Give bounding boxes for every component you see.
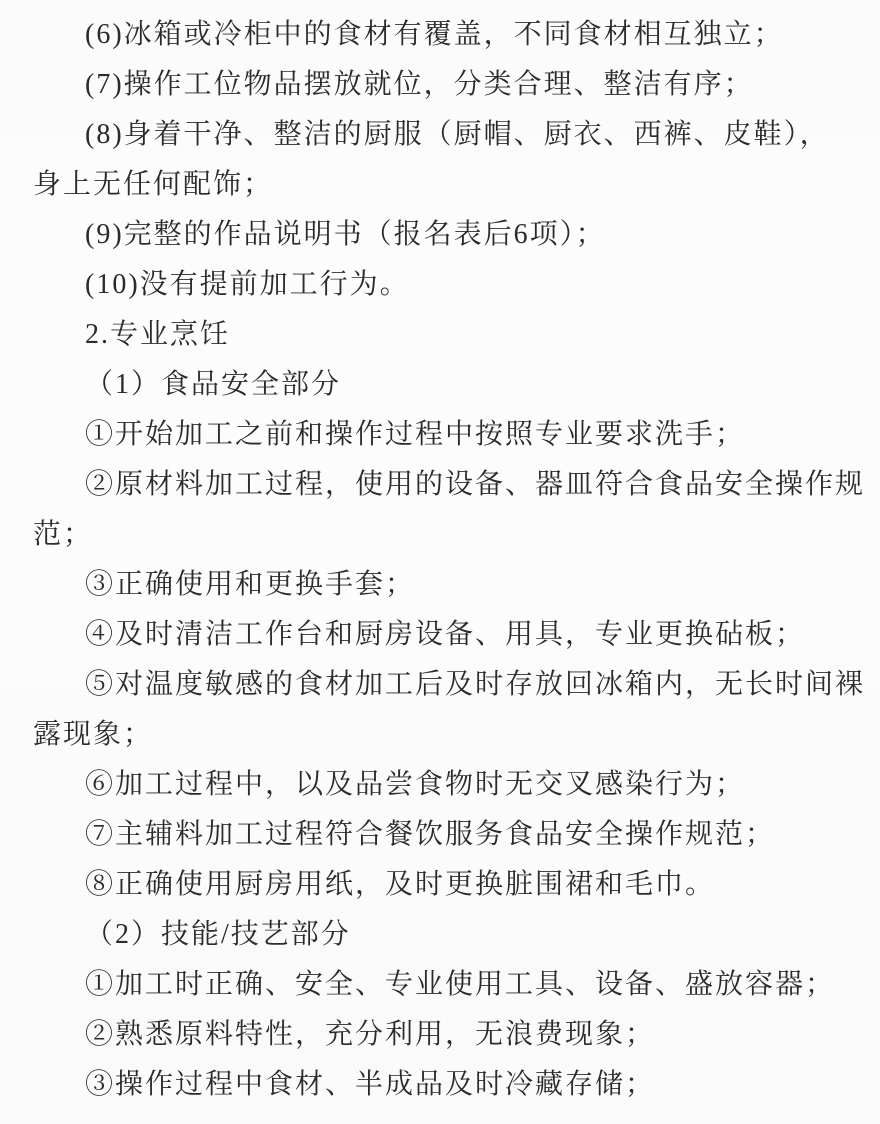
text-line: ③正确使用和更换手套； — [33, 560, 854, 610]
text-line: 身上无任何配饰； — [33, 160, 854, 210]
text-line: 范； — [33, 510, 854, 560]
text-line: ⑤对温度敏感的食材加工后及时存放回冰箱内，无长时间裸 — [33, 660, 854, 710]
text-line: 露现象； — [33, 710, 854, 760]
subsection-heading: （2）技能/技艺部分 — [33, 910, 854, 960]
text-line: (6)冰箱或冷柜中的食材有覆盖，不同食材相互独立； — [33, 10, 854, 60]
text-line: (7)操作工位物品摆放就位，分类合理、整洁有序； — [33, 60, 854, 110]
text-line: ④及时清洁工作台和厨房设备、用具，专业更换砧板； — [33, 610, 854, 660]
text-line: (10)没有提前加工行为。 — [33, 260, 854, 310]
document-page: (6)冰箱或冷柜中的食材有覆盖，不同食材相互独立； (7)操作工位物品摆放就位，… — [0, 0, 880, 1124]
text-line: ②熟悉原料特性，充分利用，无浪费现象； — [33, 1010, 854, 1060]
text-line: ③操作过程中食材、半成品及时冷藏存储； — [33, 1060, 854, 1110]
text-line: (8)身着干净、整洁的厨服（厨帽、厨衣、西裤、皮鞋）， — [33, 110, 854, 160]
section-heading: 2.专业烹饪 — [33, 310, 854, 360]
text-line: ①加工时正确、安全、专业使用工具、设备、盛放容器； — [33, 960, 854, 1010]
text-line: (9)完整的作品说明书（报名表后6项）； — [33, 210, 854, 260]
text-line: ⑥加工过程中，以及品尝食物时无交叉感染行为； — [33, 760, 854, 810]
text-line: ①开始加工之前和操作过程中按照专业要求洗手； — [33, 410, 854, 460]
text-line: ⑦主辅料加工过程符合餐饮服务食品安全操作规范； — [33, 810, 854, 860]
text-line: ⑧正确使用厨房用纸，及时更换脏围裙和毛巾。 — [33, 860, 854, 910]
subsection-heading: （1）食品安全部分 — [33, 360, 854, 410]
text-line: ②原材料加工过程，使用的设备、器皿符合食品安全操作规 — [33, 460, 854, 510]
